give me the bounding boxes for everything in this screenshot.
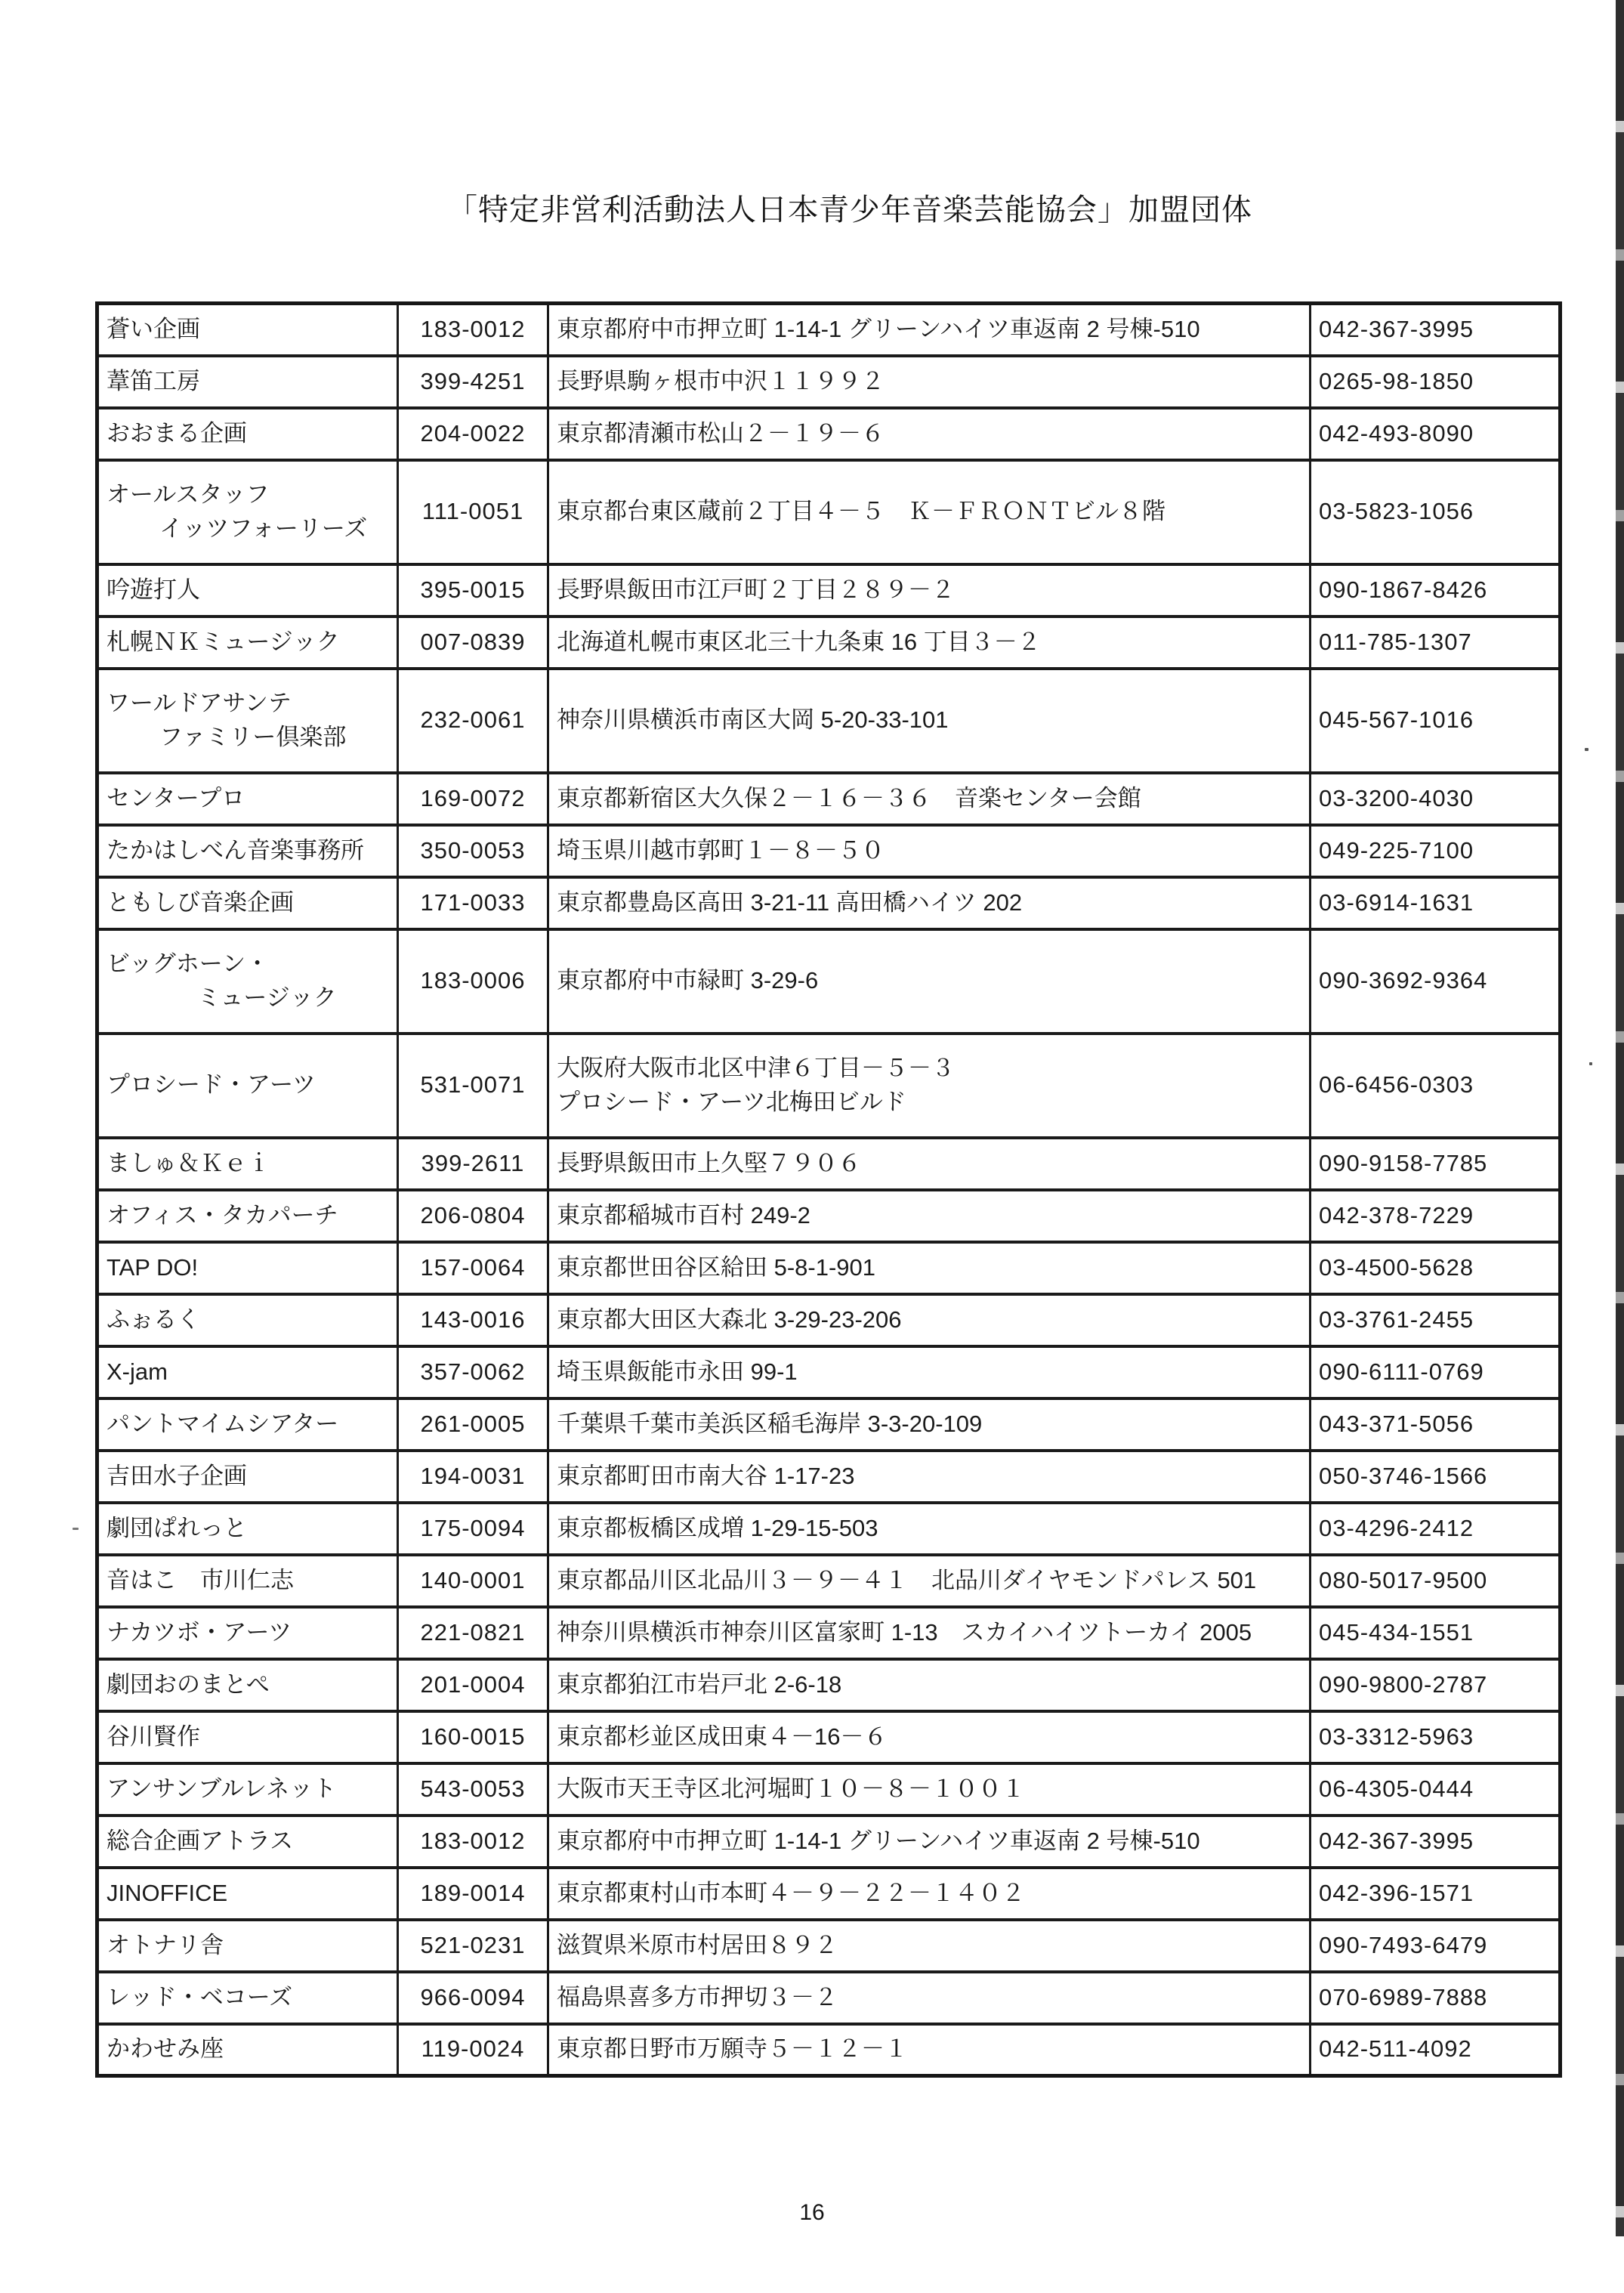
postal-code-cell: 189-0014 xyxy=(398,1868,548,1920)
postal-code-cell: 261-0005 xyxy=(398,1398,548,1451)
postal-code-cell: 521-0231 xyxy=(398,1920,548,1972)
postal-code-cell: 531-0071 xyxy=(398,1034,548,1138)
phone-cell: 06-4305-0444 xyxy=(1311,1763,1561,1816)
org-name-cell: 谷川賢作 xyxy=(97,1711,398,1763)
phone-cell: 049-225-7100 xyxy=(1311,825,1561,877)
org-name-cell: おおまる企画 xyxy=(97,408,398,460)
phone-cell: 042-396-1571 xyxy=(1311,1868,1561,1920)
org-name-cell: 吉田水子企画 xyxy=(97,1451,398,1503)
address-cell: 大阪市天王寺区北河堀町１０－８－１００１ xyxy=(548,1763,1311,1816)
phone-cell: 090-3692-9364 xyxy=(1311,929,1561,1034)
table-row: レッド・ベコーズ966-0094福島県喜多方市押切３－２070-6989-788… xyxy=(97,1972,1561,2024)
phone-cell: 045-434-1551 xyxy=(1311,1607,1561,1659)
org-name-cell: TAP DO! xyxy=(97,1242,398,1294)
document-page: 「特定非営利活動法人日本青少年音楽芸能協会」加盟団体 蒼い企画183-0012東… xyxy=(0,0,1624,2293)
postal-code-cell: 232-0061 xyxy=(398,669,548,773)
postal-code-cell: 204-0022 xyxy=(398,408,548,460)
table-row: X-jam357-0062埼玉県飯能市永田 99-1090-6111-0769 xyxy=(97,1346,1561,1398)
address-cell: 東京都豊島区高田 3-21-11 高田橋ハイツ 202 xyxy=(548,877,1311,929)
phone-cell: 042-493-8090 xyxy=(1311,408,1561,460)
org-name-cell: ともしび音楽企画 xyxy=(97,877,398,929)
postal-code-cell: 183-0012 xyxy=(398,304,548,356)
org-name-cell: 総合企画アトラス xyxy=(97,1816,398,1868)
table-row: 吟遊打人395-0015長野県飯田市江戸町２丁目２８９－２090-1867-84… xyxy=(97,564,1561,617)
address-cell: 東京都狛江市岩戸北 2-6-18 xyxy=(548,1659,1311,1711)
page-number: 16 xyxy=(0,2200,1624,2226)
address-cell: 東京都品川区北品川３－９－４１ 北品川ダイヤモンドパレス 501 xyxy=(548,1555,1311,1607)
address-cell: 東京都台東区蔵前２丁目４－５ Ｋ－ＦＲＯＮＴビル８階 xyxy=(548,460,1311,564)
table-row: アンサンブルレネット543-0053大阪市天王寺区北河堀町１０－８－１００１06… xyxy=(97,1763,1561,1816)
postal-code-cell: 111-0051 xyxy=(398,460,548,564)
phone-cell: 03-4296-2412 xyxy=(1311,1503,1561,1555)
table-row: 吉田水子企画194-0031東京都町田市南大谷 1-17-23050-3746-… xyxy=(97,1451,1561,1503)
address-cell: 東京都府中市押立町 1-14-1 グリーンハイツ車返南 2 号棟-510 xyxy=(548,304,1311,356)
org-name-cell: センタープロ xyxy=(97,773,398,825)
phone-cell: 090-6111-0769 xyxy=(1311,1346,1561,1398)
phone-cell: 050-3746-1566 xyxy=(1311,1451,1561,1503)
postal-code-cell: 543-0053 xyxy=(398,1763,548,1816)
phone-cell: 042-511-4092 xyxy=(1311,2024,1561,2076)
address-cell: 埼玉県飯能市永田 99-1 xyxy=(548,1346,1311,1398)
table-row: ましゅ＆Ｋｅｉ399-2611長野県飯田市上久堅７９０６090-9158-778… xyxy=(97,1138,1561,1190)
org-name-cell: アンサンブルレネット xyxy=(97,1763,398,1816)
address-cell: 東京都府中市押立町 1-14-1 グリーンハイツ車返南 2 号棟-510 xyxy=(548,1816,1311,1868)
postal-code-cell: 206-0804 xyxy=(398,1190,548,1242)
table-row: 谷川賢作160-0015東京都杉並区成田東４－16－６03-3312-5963 xyxy=(97,1711,1561,1763)
postal-code-cell: 175-0094 xyxy=(398,1503,548,1555)
org-name-cell: 蒼い企画 xyxy=(97,304,398,356)
address-cell: 千葉県千葉市美浜区稲毛海岸 3-3-20-109 xyxy=(548,1398,1311,1451)
scan-edge-artifact xyxy=(1616,0,1624,2236)
scan-speck xyxy=(1589,1062,1592,1065)
table-row: プロシード・アーツ531-0071大阪府大阪市北区中津６丁目－５－３プロシード・… xyxy=(97,1034,1561,1138)
address-cell: 東京都日野市万願寺５－１２－１ xyxy=(548,2024,1311,2076)
table-row: ともしび音楽企画171-0033東京都豊島区高田 3-21-11 高田橋ハイツ … xyxy=(97,877,1561,929)
org-name-cell: ワールドアサンテファミリー倶楽部 xyxy=(97,669,398,773)
table-row: 札幌ＮＫミュージック007-0839北海道札幌市東区北三十九条東 16 丁目３－… xyxy=(97,617,1561,669)
address-cell: 長野県飯田市江戸町２丁目２８９－２ xyxy=(548,564,1311,617)
org-name-cell: 札幌ＮＫミュージック xyxy=(97,617,398,669)
address-cell: 東京都町田市南大谷 1-17-23 xyxy=(548,1451,1311,1503)
org-name-cell: X-jam xyxy=(97,1346,398,1398)
page-title: 「特定非営利活動法人日本青少年音楽芸能協会」加盟団体 xyxy=(76,186,1624,229)
postal-code-cell: 399-2611 xyxy=(398,1138,548,1190)
postal-code-cell: 157-0064 xyxy=(398,1242,548,1294)
address-cell: 長野県駒ヶ根市中沢１１９９２ xyxy=(548,356,1311,408)
table-row: ワールドアサンテファミリー倶楽部232-0061神奈川県横浜市南区大岡 5-20… xyxy=(97,669,1561,773)
phone-cell: 042-367-3995 xyxy=(1311,304,1561,356)
org-name-cell: ビッグホーン・ミュージック xyxy=(97,929,398,1034)
postal-code-cell: 169-0072 xyxy=(398,773,548,825)
address-cell: 東京都世田谷区給田 5-8-1-901 xyxy=(548,1242,1311,1294)
address-cell: 東京都清瀬市松山２－１９－６ xyxy=(548,408,1311,460)
org-name-cell: オトナリ舎 xyxy=(97,1920,398,1972)
address-cell: 滋賀県米原市村居田８９２ xyxy=(548,1920,1311,1972)
table-row: オールスタッフイッツフォーリーズ111-0051東京都台東区蔵前２丁目４－５ Ｋ… xyxy=(97,460,1561,564)
address-cell: 大阪府大阪市北区中津６丁目－５－３プロシード・アーツ北梅田ビルド xyxy=(548,1034,1311,1138)
org-name-cell: かわせみ座 xyxy=(97,2024,398,2076)
address-cell: 北海道札幌市東区北三十九条東 16 丁目３－２ xyxy=(548,617,1311,669)
table-row: センタープロ169-0072東京都新宿区大久保２－１６－３６ 音楽センター会館0… xyxy=(97,773,1561,825)
postal-code-cell: 221-0821 xyxy=(398,1607,548,1659)
org-name-cell: たかはしべん音楽事務所 xyxy=(97,825,398,877)
org-name-cell: オフィス・タカパーチ xyxy=(97,1190,398,1242)
phone-cell: 06-6456-0303 xyxy=(1311,1034,1561,1138)
postal-code-cell: 007-0839 xyxy=(398,617,548,669)
table-row: おおまる企画204-0022東京都清瀬市松山２－１９－６042-493-8090 xyxy=(97,408,1561,460)
table-row: ビッグホーン・ミュージック183-0006東京都府中市緑町 3-29-6090-… xyxy=(97,929,1561,1034)
postal-code-cell: 194-0031 xyxy=(398,1451,548,1503)
phone-cell: 0265-98-1850 xyxy=(1311,356,1561,408)
postal-code-cell: 350-0053 xyxy=(398,825,548,877)
postal-code-cell: 140-0001 xyxy=(398,1555,548,1607)
postal-code-cell: 201-0004 xyxy=(398,1659,548,1711)
table-row: ふぉるく143-0016東京都大田区大森北 3-29-23-20603-3761… xyxy=(97,1294,1561,1346)
scan-speck xyxy=(73,1528,79,1530)
table-row: オトナリ舎521-0231滋賀県米原市村居田８９２090-7493-6479 xyxy=(97,1920,1561,1972)
phone-cell: 03-3200-4030 xyxy=(1311,773,1561,825)
phone-cell: 090-1867-8426 xyxy=(1311,564,1561,617)
postal-code-cell: 160-0015 xyxy=(398,1711,548,1763)
org-name-cell: 劇団おのまとぺ xyxy=(97,1659,398,1711)
postal-code-cell: 183-0012 xyxy=(398,1816,548,1868)
table-row: たかはしべん音楽事務所350-0053埼玉県川越市郭町１－８－５０049-225… xyxy=(97,825,1561,877)
postal-code-cell: 183-0006 xyxy=(398,929,548,1034)
table-row: JINOFFICE189-0014東京都東村山市本町４－９－２２－１４０２042… xyxy=(97,1868,1561,1920)
address-cell: 長野県飯田市上久堅７９０６ xyxy=(548,1138,1311,1190)
address-cell: 神奈川県横浜市南区大岡 5-20-33-101 xyxy=(548,669,1311,773)
table-row: 音はこ 市川仁志140-0001東京都品川区北品川３－９－４１ 北品川ダイヤモン… xyxy=(97,1555,1561,1607)
org-name-cell: ましゅ＆Ｋｅｉ xyxy=(97,1138,398,1190)
org-name-cell: 劇団ぱれっと xyxy=(97,1503,398,1555)
member-organizations-table: 蒼い企画183-0012東京都府中市押立町 1-14-1 グリーンハイツ車返南 … xyxy=(95,301,1562,2078)
address-cell: 東京都府中市緑町 3-29-6 xyxy=(548,929,1311,1034)
org-name-cell: ふぉるく xyxy=(97,1294,398,1346)
table-body: 蒼い企画183-0012東京都府中市押立町 1-14-1 グリーンハイツ車返南 … xyxy=(97,304,1561,2076)
table-row: 総合企画アトラス183-0012東京都府中市押立町 1-14-1 グリーンハイツ… xyxy=(97,1816,1561,1868)
table-row: TAP DO!157-0064東京都世田谷区給田 5-8-1-90103-450… xyxy=(97,1242,1561,1294)
postal-code-cell: 357-0062 xyxy=(398,1346,548,1398)
phone-cell: 090-9158-7785 xyxy=(1311,1138,1561,1190)
address-cell: 東京都稲城市百村 249-2 xyxy=(548,1190,1311,1242)
postal-code-cell: 966-0094 xyxy=(398,1972,548,2024)
phone-cell: 043-371-5056 xyxy=(1311,1398,1561,1451)
org-name-cell: ナカツボ・アーツ xyxy=(97,1607,398,1659)
phone-cell: 080-5017-9500 xyxy=(1311,1555,1561,1607)
phone-cell: 090-9800-2787 xyxy=(1311,1659,1561,1711)
org-name-cell: プロシード・アーツ xyxy=(97,1034,398,1138)
table-row: パントマイムシアター261-0005千葉県千葉市美浜区稲毛海岸 3-3-20-1… xyxy=(97,1398,1561,1451)
phone-cell: 045-567-1016 xyxy=(1311,669,1561,773)
address-cell: 福島県喜多方市押切３－２ xyxy=(548,1972,1311,2024)
phone-cell: 03-6914-1631 xyxy=(1311,877,1561,929)
postal-code-cell: 143-0016 xyxy=(398,1294,548,1346)
postal-code-cell: 171-0033 xyxy=(398,877,548,929)
phone-cell: 011-785-1307 xyxy=(1311,617,1561,669)
phone-cell: 070-6989-7888 xyxy=(1311,1972,1561,2024)
org-name-cell: 音はこ 市川仁志 xyxy=(97,1555,398,1607)
org-name-cell: レッド・ベコーズ xyxy=(97,1972,398,2024)
phone-cell: 03-4500-5628 xyxy=(1311,1242,1561,1294)
table-row: かわせみ座119-0024東京都日野市万願寺５－１２－１042-511-4092 xyxy=(97,2024,1561,2076)
address-cell: 東京都大田区大森北 3-29-23-206 xyxy=(548,1294,1311,1346)
phone-cell: 042-367-3995 xyxy=(1311,1816,1561,1868)
phone-cell: 03-5823-1056 xyxy=(1311,460,1561,564)
phone-cell: 03-3312-5963 xyxy=(1311,1711,1561,1763)
org-name-cell: 吟遊打人 xyxy=(97,564,398,617)
scan-speck xyxy=(1585,748,1588,751)
address-cell: 東京都新宿区大久保２－１６－３６ 音楽センター会館 xyxy=(548,773,1311,825)
address-cell: 東京都東村山市本町４－９－２２－１４０２ xyxy=(548,1868,1311,1920)
address-cell: 東京都板橋区成増 1-29-15-503 xyxy=(548,1503,1311,1555)
address-cell: 神奈川県横浜市神奈川区富家町 1-13 スカイハイツトーカイ 2005 xyxy=(548,1607,1311,1659)
table-row: 劇団おのまとぺ201-0004東京都狛江市岩戸北 2-6-18090-9800-… xyxy=(97,1659,1561,1711)
table-row: 蒼い企画183-0012東京都府中市押立町 1-14-1 グリーンハイツ車返南 … xyxy=(97,304,1561,356)
table-row: オフィス・タカパーチ206-0804東京都稲城市百村 249-2042-378-… xyxy=(97,1190,1561,1242)
org-name-cell: パントマイムシアター xyxy=(97,1398,398,1451)
postal-code-cell: 395-0015 xyxy=(398,564,548,617)
table-row: 劇団ぱれっと175-0094東京都板橋区成増 1-29-15-50303-429… xyxy=(97,1503,1561,1555)
org-name-cell: 葦笛工房 xyxy=(97,356,398,408)
phone-cell: 042-378-7229 xyxy=(1311,1190,1561,1242)
phone-cell: 03-3761-2455 xyxy=(1311,1294,1561,1346)
address-cell: 埼玉県川越市郭町１－８－５０ xyxy=(548,825,1311,877)
postal-code-cell: 119-0024 xyxy=(398,2024,548,2076)
org-name-cell: オールスタッフイッツフォーリーズ xyxy=(97,460,398,564)
postal-code-cell: 399-4251 xyxy=(398,356,548,408)
address-cell: 東京都杉並区成田東４－16－６ xyxy=(548,1711,1311,1763)
table-row: ナカツボ・アーツ221-0821神奈川県横浜市神奈川区富家町 1-13 スカイハ… xyxy=(97,1607,1561,1659)
table-row: 葦笛工房399-4251長野県駒ヶ根市中沢１１９９２0265-98-1850 xyxy=(97,356,1561,408)
phone-cell: 090-7493-6479 xyxy=(1311,1920,1561,1972)
org-name-cell: JINOFFICE xyxy=(97,1868,398,1920)
